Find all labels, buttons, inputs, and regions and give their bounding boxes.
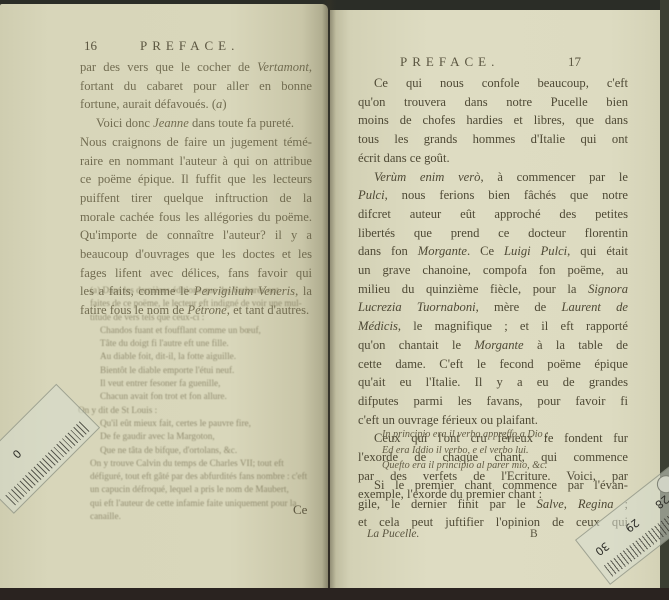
verse-line: In principio era il verbo appreffo a Dio… (382, 427, 642, 443)
running-head-left: PREFACE. (140, 38, 239, 54)
footnote-line: défiguré, tout eft gâté par des abfurdit… (78, 470, 314, 483)
text-line: écrit dans ce goût. (358, 149, 628, 168)
text-line: Pulci, nous ferions bien fâchés que notr… (358, 186, 628, 205)
text-line: qu'on chantait le Morgante à la table de (358, 336, 628, 355)
footnote-line: (a) Dans les dernières éditions que des … (78, 284, 314, 297)
footnote-line: un capucin défroqué, lequel a pris le no… (78, 483, 314, 496)
book-bottom-edge (0, 588, 669, 600)
text-line: raire en nommant l'auteur à qui on attri… (80, 152, 312, 171)
book-spine-shadow (322, 0, 336, 600)
text-line: fortune, aurait défavoués. (a) (80, 95, 312, 114)
footnote-line: faites de ce poëme, le lecteur eft indig… (78, 297, 314, 310)
text-line: ce poëme épique. Il fuffit que les lecte… (80, 170, 312, 189)
text-line: fages lifent avec délices, fans favoir q… (80, 264, 312, 283)
verse-line: Ed era Iddio il verbo, e el verbo lui. (382, 443, 642, 459)
text-line: Médicis, le magnifique ; et il eft rappo… (358, 317, 628, 336)
signature-mark: B (530, 528, 538, 540)
ruler-label: 0 (10, 447, 24, 461)
page-number-right: 17 (568, 54, 581, 70)
text-line: morale cachée fous les allégories du poë… (80, 208, 312, 227)
footnote-louis: On y dit de St Louis : (78, 404, 314, 417)
text-line: qu'ait eu l'Italie. Il y a eu de grandes (358, 373, 628, 392)
footnote: (a) Dans les dernières éditions que des … (78, 284, 314, 523)
text-line: qu'on trouvera dans notre Pucelle bien (358, 93, 628, 112)
footnote-verse: Que ne tâta de bifque, d'ortolans, &c. (100, 444, 314, 457)
text-line: difcret auteur eût approché des petites (358, 205, 628, 224)
text-line: Lucrezia Tuornaboni, mère de Laurent de (358, 298, 628, 317)
footnote-line: canaille. (78, 510, 314, 523)
left-page: 16 PREFACE. par des vers que le cocher d… (0, 4, 328, 592)
text-line: difputes parmi les favans, pour favoir f… (358, 392, 628, 411)
footnote-verse: Au diable foit, dit-il, la fotte aiguill… (100, 350, 314, 363)
text-line: cette dame. C'eft le fecond poëme épique (358, 355, 628, 374)
text-line: fortant du cabaret pour aller en bonne (80, 77, 312, 96)
ruler-label-28: 28 (652, 492, 669, 511)
text-line: milieu du quinzième fiècle, pour la Sign… (358, 280, 628, 299)
footnote-verse: De fe gaudir avec la Margoton, (100, 430, 314, 443)
text-line: Voici donc Jeanne dans toute fa pureté. (80, 114, 312, 133)
ruler-label-30: 30 (593, 539, 612, 558)
right-body-text-2: Si le premier chant commence par l'évan-… (358, 476, 628, 532)
footnote-line: On y trouve Calvin du temps de Charles V… (78, 457, 314, 470)
footnote-verse: Chandos fuant et foufflant comme un bœuf… (100, 324, 314, 337)
signature-title: La Pucelle. (367, 528, 419, 540)
footnote-verse: Chacun avait fon trot et fon allure. (100, 390, 314, 403)
text-line: tous les grands hommes d'Italie qui ont (358, 130, 628, 149)
ruler-label-29: 29 (623, 516, 642, 535)
footnote-line: titude de vers tels que ceux-ci : (78, 311, 314, 324)
text-line: moins de chofes hardies et libres, que d… (358, 111, 628, 130)
footnote-verse: Qu'il eût mieux fait, certes le pauvre f… (100, 417, 314, 430)
running-head-right: PREFACE. (400, 54, 499, 70)
catchword: Ce (293, 502, 307, 518)
footnote-line: qui eft l'auteur de cette infamie faite … (78, 497, 314, 510)
text-line: Ce qui nous confole beaucoup, c'eft (358, 74, 628, 93)
text-line: libertés que prend ce docteur florentin (358, 224, 628, 243)
text-line: Qu'importe de connaître l'auteur? il y a (80, 226, 312, 245)
text-line: gile, le dernier finit par le Salve, Reg… (358, 495, 628, 514)
verse-line: Quefto era il principio al parer mio, &c… (382, 458, 642, 474)
text-line: puiffent tirer quelque inftruction de la (80, 189, 312, 208)
text-line: par des vers que le cocher de Vertamont, (80, 58, 312, 77)
text-line: Verùm enim verò, à commencer par le (358, 168, 628, 187)
text-line: un grave chanoine, compofa fon poëme, au (358, 261, 628, 280)
footnote-verse: Bientôt le diable emporte l'étui neuf. (100, 364, 314, 377)
text-line: Si le premier chant commence par l'évan- (358, 476, 628, 495)
italian-verses: In principio era il verbo appreffo a Dio… (364, 427, 642, 474)
text-line: beaucoup d'ouvrages que les doctes et le… (80, 245, 312, 264)
left-body-text: par des vers que le cocher de Vertamont,… (80, 58, 312, 320)
text-line: Nous craignons de faire un jugement témé… (80, 133, 312, 152)
footnote-verse: Tâte du doigt fi l'autre eft une fille. (100, 337, 314, 350)
page-number-left: 16 (84, 38, 97, 54)
text-line: dans fon Morgante. Ce Luigi Pulci, qui é… (358, 242, 628, 261)
footnote-verse: Il veut entrer fesoner fa guenille, (100, 377, 314, 390)
